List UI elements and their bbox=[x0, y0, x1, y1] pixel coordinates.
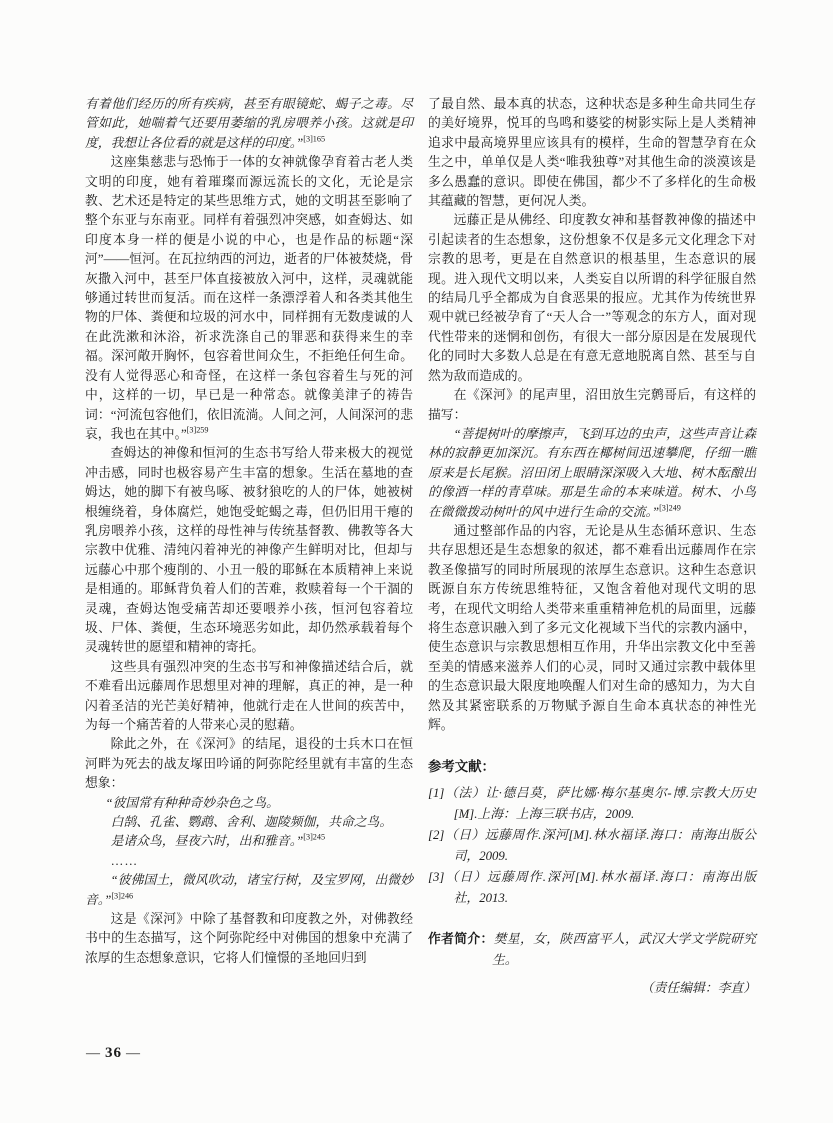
paragraph: “彼国常有种种奇妙杂色之鸟。 bbox=[85, 794, 413, 813]
references-heading: 参考文献： bbox=[428, 757, 756, 776]
paragraph: 查姆达的神像和恒河的生态书写给人带来极大的视觉冲击感，同时也极容易产生丰富的想象… bbox=[85, 444, 413, 657]
paragraph: 通过整部作品的内容，无论是从生态循环意识、生态共存思想还是生态想象的叙述，都不难… bbox=[428, 522, 756, 735]
author-bio: 作者简介：樊星，女，陕西富平人，武汉大学文学院研究生。 bbox=[428, 929, 756, 971]
editor-note: （责任编辑：李直） bbox=[428, 979, 756, 998]
paragraph: 这是《深河》中除了基督教和印度教之外，对佛教经书中的生态描写，这个阿弥陀经中对佛… bbox=[85, 910, 413, 968]
paragraph: 这些具有强烈冲突的生态书写和神像描述结合后，就不难看出远藤周作思想里对神的理解，… bbox=[85, 658, 413, 736]
paragraph: 是诸众鸟，昼夜六时，出和雅音。”[3]245 bbox=[85, 832, 413, 851]
page-number-dash-right: — bbox=[126, 1046, 141, 1061]
page-number: —36— bbox=[86, 1045, 141, 1062]
citation-superscript: [3]246 bbox=[111, 891, 133, 900]
author-section: 作者简介：樊星，女，陕西富平人，武汉大学文学院研究生。 （责任编辑：李直） bbox=[428, 929, 756, 998]
reference-item: [1]（法）让·德吕莫，萨比娜·梅尔基奥尔-博.宗教大历史[M].上海：上海三联… bbox=[428, 783, 756, 825]
paper-page: 有着他们经历的所有疾病，甚至有眼镜蛇、蝎子之毒。尽管如此，她喘着气还要用萎缩的乳… bbox=[0, 0, 833, 1123]
paragraph: 在《深河》的尾声里，沼田放生完鹩哥后，有这样的描写： bbox=[428, 386, 756, 425]
paragraph: 有着他们经历的所有疾病，甚至有眼镜蛇、蝎子之毒。尽管如此，她喘着气还要用萎缩的乳… bbox=[85, 95, 413, 153]
citation-superscript: [3]259 bbox=[187, 426, 209, 435]
author-bio-text: 樊星，女，陕西富平人，武汉大学文学院研究生。 bbox=[492, 932, 756, 967]
references-list: [1]（法）让·德吕莫，萨比娜·梅尔基奥尔-博.宗教大历史[M].上海：上海三联… bbox=[428, 783, 756, 909]
reference-item: [3]（日）远藤周作.深河[M].林水福译.海口：南海出版社，2013. bbox=[428, 867, 756, 909]
paragraph: …… bbox=[85, 852, 413, 871]
author-bio-label: 作者简介： bbox=[428, 932, 494, 946]
paragraph: “彼佛国土，微风吹动，诸宝行树，及宝罗网，出微妙音。”[3]246 bbox=[85, 871, 413, 910]
page-number-value: 36 bbox=[101, 1045, 126, 1061]
left-column: 有着他们经历的所有疾病，甚至有眼镜蛇、蝎子之毒。尽管如此，她喘着气还要用萎缩的乳… bbox=[85, 95, 413, 968]
citation-superscript: [3]249 bbox=[659, 503, 681, 512]
paragraph: “菩提树叶的摩擦声，飞到耳边的虫声，这些声音让森林的寂静更加深沉。有东西在椰树间… bbox=[428, 425, 756, 522]
page-number-dash-left: — bbox=[86, 1046, 101, 1061]
right-column: 了最自然、最本真的状态，这种状态是多种生命共同生存的美好境界，悦耳的鸟鸣和婆娑的… bbox=[428, 95, 756, 998]
paragraph: 除此之外，在《深河》的结尾，退役的士兵木口在恒河畔为死去的战友塚田吟诵的阿弥陀经… bbox=[85, 735, 413, 793]
paragraph: 白鹄、孔雀、鹦鹉、舍利、迦陵频伽，共命之鸟。 bbox=[85, 813, 413, 832]
paragraph: 这座集慈悲与恐怖于一体的女神就像孕育着古老人类文明的印度，她有着璀璨而源远流长的… bbox=[85, 153, 413, 444]
paragraph: 远藤正是从佛经、印度教女神和基督教神像的描述中引起读者的生态想象，这份想象不仅是… bbox=[428, 211, 756, 386]
reference-item: [2]（日）远藤周作.深河[M].林水福译.海口：南海出版公司，2009. bbox=[428, 825, 756, 867]
citation-superscript: [3]165 bbox=[303, 135, 325, 144]
citation-superscript: [3]245 bbox=[303, 833, 325, 842]
right-column-body: 了最自然、最本真的状态，这种状态是多种生命共同生存的美好境界，悦耳的鸟鸣和婆娑的… bbox=[428, 95, 756, 735]
paragraph: 了最自然、最本真的状态，这种状态是多种生命共同生存的美好境界，悦耳的鸟鸣和婆娑的… bbox=[428, 95, 756, 211]
